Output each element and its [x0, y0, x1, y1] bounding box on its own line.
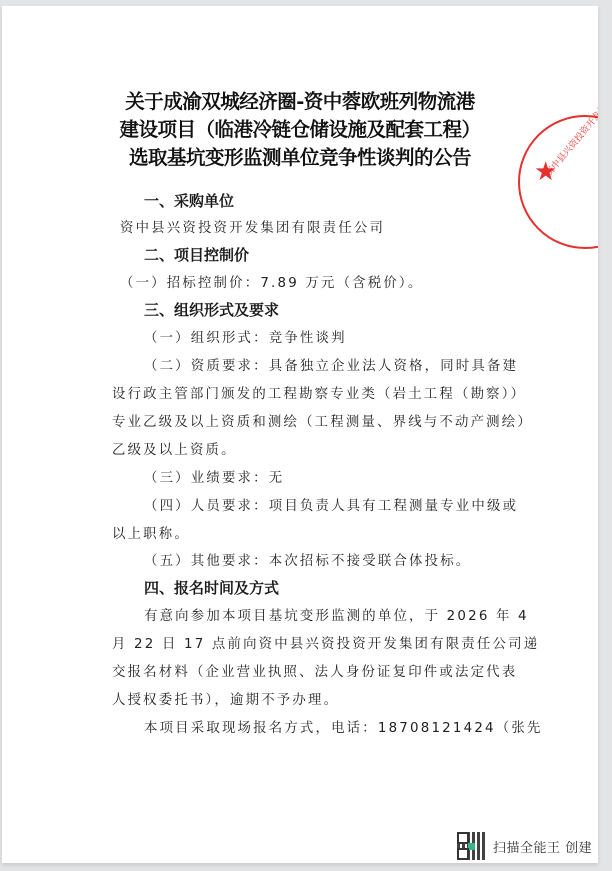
qualification-line-4: 乙级及以上资质。 [112, 439, 237, 458]
personnel-req-line-2: 以上职称。 [112, 523, 190, 542]
section-heading-3: 三、组织形式及要求 [144, 299, 279, 320]
section-heading-1: 一、采购单位 [144, 190, 234, 211]
qr-code-icon [457, 832, 485, 860]
title-line-3: 选取基坑变形监测单位竞争性谈判的公告 [2, 142, 598, 170]
control-price: （一）招标控制价：7.89 万元（含税价）。 [120, 272, 423, 291]
document-page: 关于成渝双城经济圈-资中蓉欧班列物流港 建设项目（临港冷链仓储设施及配套工程） … [2, 6, 598, 863]
title-line-1: 关于成渝双城经济圈-资中蓉欧班列物流港 [2, 86, 598, 114]
watermark-label: 扫描全能王 创建 [493, 837, 592, 856]
section-heading-4: 四、报名时间及方式 [144, 577, 279, 598]
scanner-watermark: 扫描全能王 创建 [457, 832, 592, 860]
registration-line-3: 交报名材料（企业营业执照、法人身份证复印件或法定代表 [112, 661, 517, 680]
performance-req: （三）业绩要求：无 [144, 467, 284, 486]
qualification-line-3: 专业乙级及以上资质和测绘（工程测量、界线与不动产测绘） [112, 411, 533, 430]
registration-line-5: 本项目采取现场报名方式，电话：18708121424（张先 [144, 717, 543, 736]
qualification-line-2: 设行政主管部门颁发的工程勘察专业类（岩土工程（勘察）） [112, 383, 526, 402]
purchaser-name: 资中县兴资投资开发集团有限责任公司 [120, 217, 385, 236]
section-heading-2: 二、项目控制价 [144, 244, 249, 265]
registration-line-4: 人授权委托书），逾期不予办理。 [112, 689, 339, 708]
registration-line-1: 有意向参加本项目基坑变形监测的单位，于 2026 年 4 [144, 605, 529, 624]
qualification-line-1: （二）资质要求：具备独立企业法人资格，同时具备建 [144, 355, 518, 374]
org-form: （一）组织形式：竞争性谈判 [144, 327, 347, 346]
other-req: （五）其他要求：本次招标不接受联合体投标。 [144, 550, 471, 569]
title-line-2: 建设项目（临港冷链仓储设施及配套工程） [2, 114, 598, 142]
personnel-req-line-1: （四）人员要求：项目负责人具有工程测量专业中级或 [144, 495, 518, 514]
registration-line-2: 月 22 日 17 点前向资中县兴资投资开发集团有限责任公司递 [112, 633, 539, 652]
